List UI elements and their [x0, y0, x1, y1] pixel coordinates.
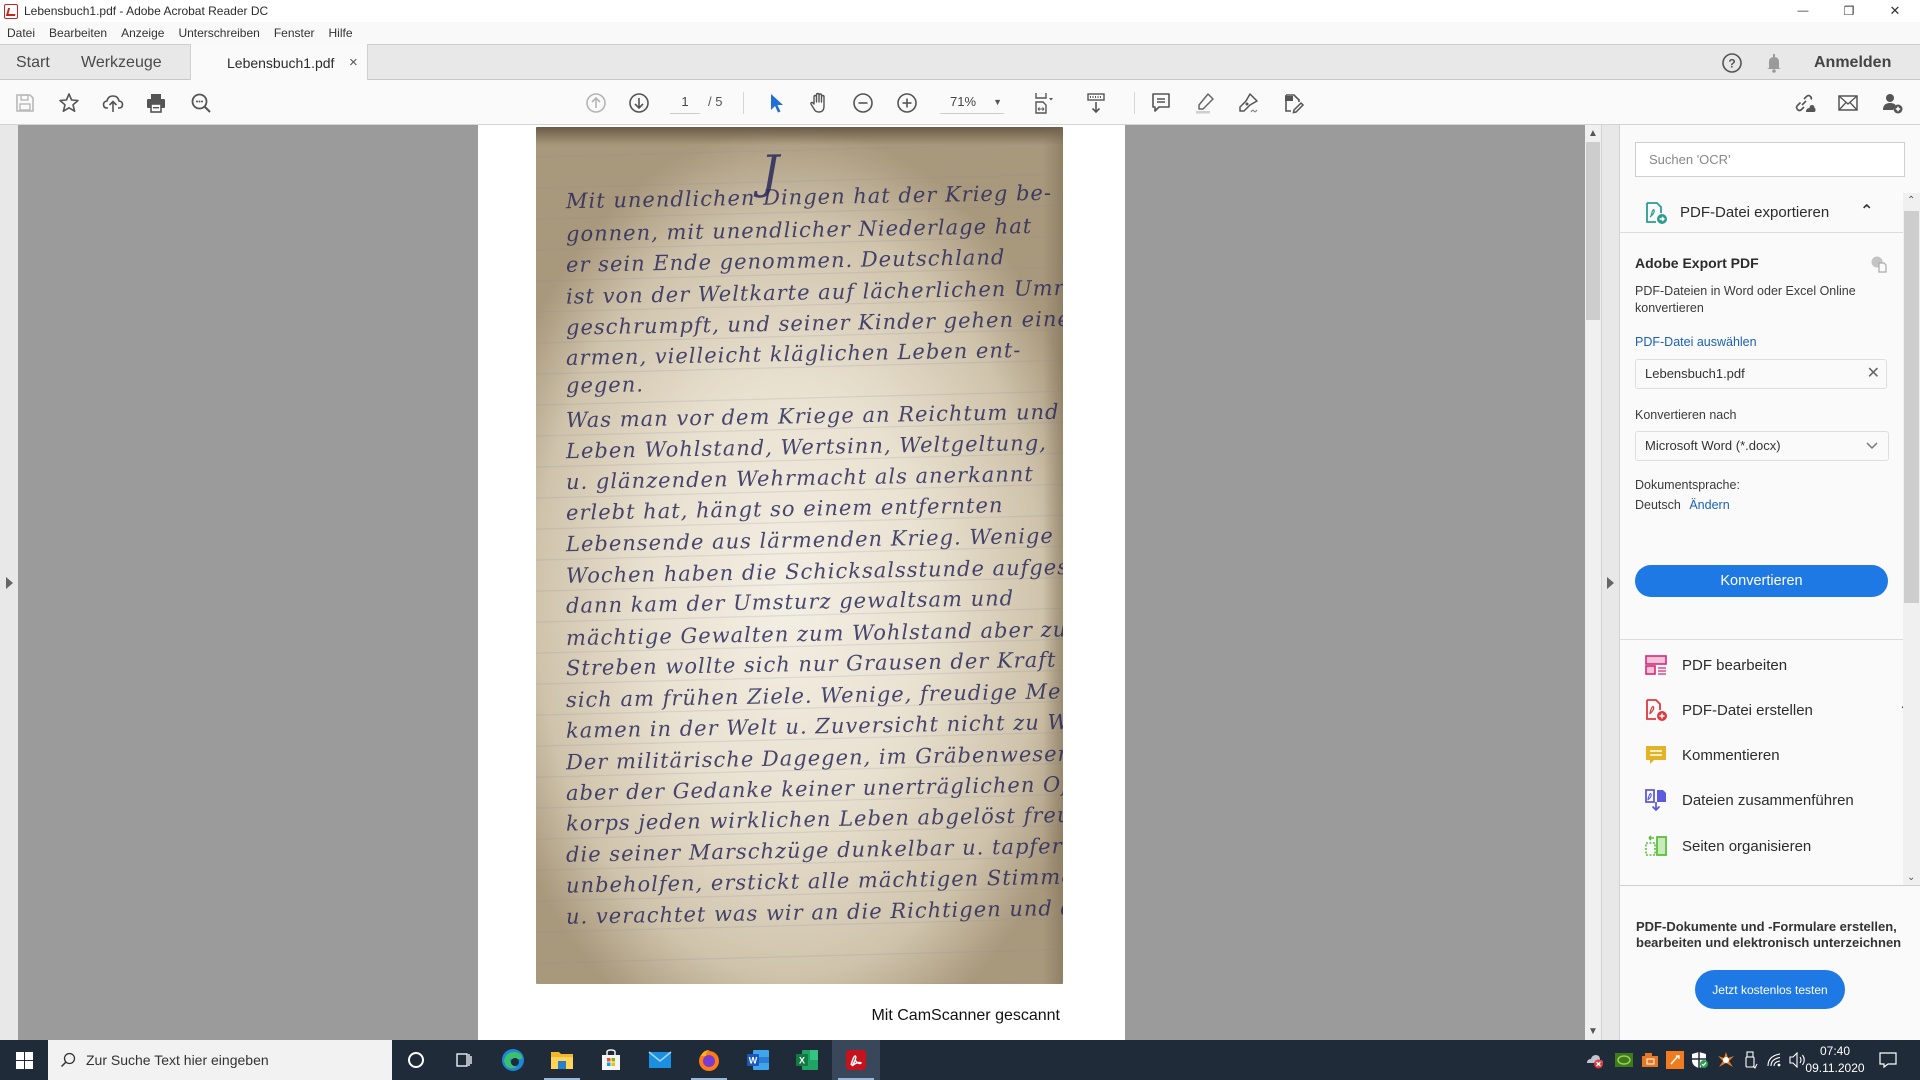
taskbar-word[interactable]: W: [734, 1040, 782, 1080]
window-title: Lebensbuch1.pdf - Adobe Acrobat Reader D…: [24, 4, 268, 18]
svg-text:?: ?: [1728, 57, 1735, 71]
cortana-icon: [407, 1051, 425, 1069]
clock-time: 07:40: [1803, 1043, 1867, 1060]
tab-bar: Start Werkzeuge Lebensbuch1.pdf × ? Anme…: [0, 44, 1920, 80]
zoom-out-icon[interactable]: [848, 88, 878, 118]
help-icon[interactable]: ?: [1720, 51, 1744, 75]
task-view-button[interactable]: [440, 1040, 488, 1080]
restore-icon: ❐: [1844, 4, 1855, 18]
taskbar-store[interactable]: [587, 1040, 635, 1080]
scroll-down-icon[interactable]: ▼: [1588, 1026, 1598, 1037]
scroll-up-icon[interactable]: ⌃: [1907, 195, 1915, 206]
tab-werkzeuge[interactable]: Werkzeuge: [81, 45, 162, 80]
tool-pdf-erstellen[interactable]: PDF-Datei erstellen: [1644, 690, 1914, 730]
tab-werkzeuge-label: Werkzeuge: [81, 54, 162, 72]
ocr-search-input[interactable]: Suchen 'OCR': [1635, 142, 1905, 177]
tool-kommentieren[interactable]: Kommentieren: [1644, 735, 1889, 775]
select-cursor-icon[interactable]: [761, 88, 791, 118]
tool-seiten-organisieren[interactable]: Seiten organisieren: [1644, 826, 1889, 866]
scanned-handwritten-page: J Mit unendlichen Dingen hat der Krieg b…: [536, 127, 1063, 984]
taskbar-search-placeholder: Zur Suche Text hier eingeben: [86, 1052, 269, 1068]
store-icon: [600, 1049, 622, 1071]
menu-fenster[interactable]: Fenster: [267, 26, 322, 40]
search-icon: [60, 1052, 76, 1068]
comment-icon[interactable]: [1146, 88, 1176, 118]
avast-icon[interactable]: [1716, 1050, 1736, 1070]
tool-label: Dateien zusammenführen: [1682, 792, 1854, 809]
acrobat-app-icon: [4, 4, 18, 19]
tool-label: Seiten organisieren: [1682, 838, 1811, 855]
close-window-button[interactable]: ✕: [1872, 0, 1918, 22]
promo-text: PDF-Dokumente und -Formulare erstellen, …: [1636, 919, 1912, 951]
comment-tool-icon: [1644, 743, 1668, 767]
taskbar-mail[interactable]: [636, 1040, 684, 1080]
taskbar-clock[interactable]: 07:40 09.11.2020: [1803, 1043, 1867, 1077]
chevron-down-icon: ▼: [993, 92, 1002, 112]
zoom-level-dropdown[interactable]: 71% ▼: [940, 92, 1004, 114]
menu-bearbeiten[interactable]: Bearbeiten: [42, 26, 114, 40]
edit-pdf-icon[interactable]: [1278, 88, 1308, 118]
online-service-icon: [1870, 255, 1888, 273]
document-language-label: Dokumentsprache:: [1635, 478, 1740, 492]
document-scrollbar[interactable]: ▲ ▼: [1585, 125, 1601, 1040]
excel-icon: X: [795, 1049, 819, 1071]
left-panel-collapsed: [0, 125, 18, 1040]
chevron-up-icon[interactable]: ⌃: [1860, 201, 1873, 221]
tab-document-label: Lebensbuch1.pdf: [227, 55, 334, 71]
avast-rocket-icon[interactable]: [1665, 1050, 1685, 1070]
restore-button[interactable]: ❐: [1826, 0, 1872, 22]
file-explorer-icon: [550, 1049, 574, 1071]
word-icon: W: [746, 1049, 770, 1071]
close-tab-icon[interactable]: ×: [349, 54, 358, 71]
menu-unterschreiben[interactable]: Unterschreiben: [171, 26, 266, 40]
save-icon[interactable]: [10, 88, 40, 118]
onedrive-error-icon[interactable]: [1585, 1050, 1605, 1070]
sign-icon[interactable]: [1233, 88, 1263, 118]
convert-to-label: Konvertieren nach: [1635, 408, 1736, 422]
selected-file-name: Lebensbuch1.pdf: [1645, 366, 1745, 381]
windows-logo-icon: [16, 1052, 33, 1069]
taskbar-edge[interactable]: [489, 1040, 537, 1080]
convert-button[interactable]: Konvertieren: [1635, 565, 1888, 597]
zoom-in-icon[interactable]: [892, 88, 922, 118]
windows-taskbar: Zur Suche Text hier eingeben W X: [0, 1040, 1920, 1080]
convert-format-value: Microsoft Word (*.docx): [1645, 438, 1781, 453]
page-number-input[interactable]: 1: [670, 92, 700, 114]
notification-icon[interactable]: [1876, 1050, 1900, 1070]
acrobat-icon: [845, 1049, 867, 1071]
wifi-icon[interactable]: [1765, 1050, 1785, 1070]
minimize-icon: —: [1798, 5, 1809, 17]
svg-text:W: W: [749, 1056, 758, 1066]
menu-hilfe[interactable]: Hilfe: [322, 26, 360, 40]
edge-icon: [501, 1048, 525, 1072]
section-divider: [1620, 639, 1903, 640]
fit-page-icon[interactable]: [1028, 88, 1058, 118]
pdf-page: J Mit unendlichen Dingen hat der Krieg b…: [478, 125, 1125, 1040]
document-language-row: Deutsch Ändern: [1635, 498, 1730, 512]
tab-document[interactable]: Lebensbuch1.pdf ×: [190, 44, 368, 81]
next-page-icon[interactable]: [624, 88, 654, 118]
tools-pane: Suchen 'OCR' PDF-Datei exportieren ⌃ Ado…: [1620, 125, 1920, 1040]
minimize-button[interactable]: —: [1780, 0, 1826, 22]
chevron-down-icon: [1866, 442, 1878, 450]
zoom-level-value: 71%: [950, 94, 976, 109]
nvidia-icon[interactable]: [1614, 1050, 1634, 1070]
taskbar-acrobat[interactable]: [832, 1040, 880, 1080]
tool-label: PDF bearbeiten: [1682, 657, 1787, 674]
edit-pdf-icon: [1644, 653, 1668, 677]
mail-icon: [648, 1050, 672, 1070]
tool-dateien-zusammenfuehren[interactable]: Dateien zusammenführen: [1644, 780, 1889, 820]
tray-app-icon[interactable]: [1640, 1050, 1660, 1070]
tab-start[interactable]: Start: [16, 45, 50, 80]
taskbar-firefox[interactable]: [685, 1040, 733, 1080]
taskbar-file-explorer[interactable]: [538, 1040, 586, 1080]
usb-icon[interactable]: [1741, 1050, 1761, 1070]
export-heading: Adobe Export PDF: [1635, 255, 1759, 271]
start-button[interactable]: [0, 1040, 48, 1080]
tab-start-label: Start: [16, 54, 50, 72]
bell-icon[interactable]: [1762, 51, 1786, 75]
try-free-button[interactable]: Jetzt kostenlos testen: [1695, 970, 1845, 1009]
close-icon: ✕: [1890, 3, 1901, 19]
scroll-down-icon[interactable]: ⌄: [1907, 872, 1915, 883]
star-icon[interactable]: [54, 88, 84, 118]
collapse-right-panel-icon[interactable]: [1607, 577, 1614, 589]
promo-divider: [1620, 885, 1920, 886]
toolbar: 1 / 5 71% ▼: [0, 80, 1920, 125]
firefox-icon: [697, 1048, 721, 1072]
tool-label: Kommentieren: [1682, 747, 1780, 764]
change-language-link[interactable]: Ändern: [1689, 498, 1729, 512]
scroll-up-icon[interactable]: ▲: [1588, 128, 1598, 139]
clock-date: 09.11.2020: [1803, 1060, 1867, 1077]
taskbar-search-box[interactable]: Zur Suche Text hier eingeben: [48, 1040, 392, 1080]
scrollbar-thumb[interactable]: [1904, 211, 1919, 603]
upload-cloud-icon[interactable]: [98, 88, 128, 118]
tool-pdf-bearbeiten[interactable]: PDF bearbeiten: [1644, 645, 1889, 685]
toolbar-divider: [743, 92, 744, 114]
task-view-icon: [455, 1051, 473, 1069]
selected-file-field[interactable]: Lebensbuch1.pdf ✕: [1635, 359, 1887, 389]
title-bar: Lebensbuch1.pdf - Adobe Acrobat Reader D…: [0, 0, 1920, 22]
signin-button[interactable]: Anmelden: [1814, 45, 1891, 80]
page-shadow: [536, 127, 1063, 145]
scrollbar-thumb[interactable]: [1586, 142, 1600, 320]
select-file-link[interactable]: PDF-Datei auswählen: [1635, 335, 1757, 349]
defender-icon[interactable]: [1690, 1050, 1710, 1070]
scanner-watermark: Mit CamScanner gescannt: [478, 1007, 1060, 1025]
scroll-mode-icon[interactable]: [1081, 88, 1111, 118]
add-user-icon[interactable]: [1877, 88, 1907, 118]
export-pdf-icon: [1644, 201, 1668, 225]
taskbar-excel[interactable]: X: [783, 1040, 831, 1080]
svg-text:X: X: [799, 1056, 805, 1066]
document-viewport[interactable]: J Mit unendlichen Dingen hat der Krieg b…: [18, 125, 1585, 1040]
hand-icon[interactable]: [804, 88, 834, 118]
handwriting-line: gegen.: [566, 372, 644, 397]
highlight-icon[interactable]: [1190, 88, 1220, 118]
prev-page-icon[interactable]: [581, 88, 611, 118]
toolbar-divider: [1134, 92, 1135, 114]
combine-files-icon: [1644, 788, 1668, 812]
menu-anzeige[interactable]: Anzeige: [114, 26, 171, 40]
right-panel-toggle-strip: [1601, 125, 1620, 1040]
expand-left-panel-icon[interactable]: [6, 577, 13, 589]
export-pdf-header[interactable]: PDF-Datei exportieren ⌃: [1620, 193, 1903, 233]
page-total: / 5: [708, 92, 722, 112]
convert-format-dropdown[interactable]: Microsoft Word (*.docx): [1635, 431, 1889, 461]
tools-pane-scrollbar[interactable]: ⌃ ⌄: [1903, 193, 1920, 885]
organize-pages-icon: [1644, 834, 1668, 858]
create-pdf-icon: [1644, 698, 1668, 722]
tool-label: PDF-Datei erstellen: [1682, 702, 1813, 719]
email-icon[interactable]: [1833, 88, 1863, 118]
export-description: PDF-Dateien in Word oder Excel Online ko…: [1635, 283, 1885, 317]
menu-datei[interactable]: Datei: [0, 26, 42, 40]
export-pdf-title: PDF-Datei exportieren: [1680, 204, 1829, 221]
print-icon[interactable]: [141, 88, 171, 118]
cortana-button[interactable]: [392, 1040, 440, 1080]
share-link-icon[interactable]: [1789, 88, 1819, 118]
clear-file-icon[interactable]: ✕: [1867, 360, 1880, 388]
document-language-value: Deutsch: [1635, 498, 1681, 512]
menu-bar: Datei Bearbeiten Anzeige Unterschreiben …: [0, 22, 1920, 44]
search-zoom-icon[interactable]: [186, 88, 216, 118]
